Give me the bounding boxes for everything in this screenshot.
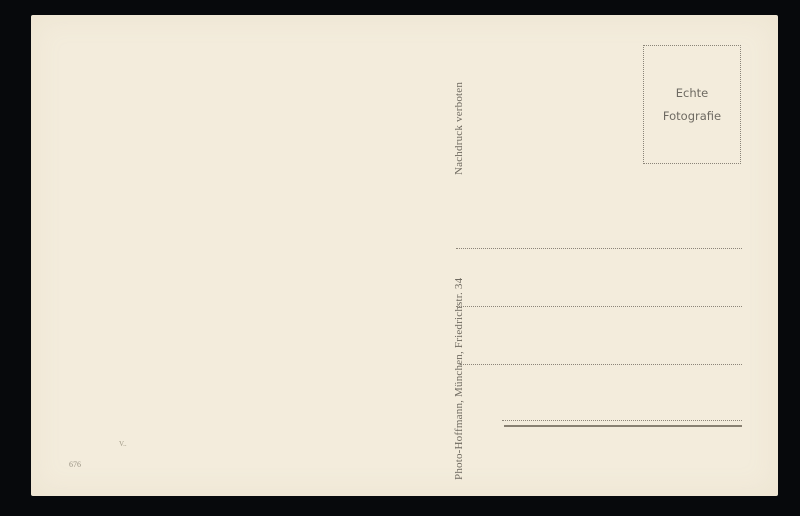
stamp-box-line2: Fotografie [663, 105, 721, 128]
address-line-3 [460, 364, 742, 365]
copyright-notice: Nachdruck verboten [453, 82, 465, 175]
address-line-4 [502, 420, 742, 421]
address-underline [504, 425, 742, 427]
address-line-1 [456, 248, 742, 249]
small-mark: V.. [119, 440, 127, 448]
stamp-box-line1: Echte [676, 82, 708, 105]
card-number: 676 [69, 460, 81, 469]
postcard-back: Nachdruck verboten Photo-Hoffmann, Münch… [31, 15, 778, 496]
stamp-box: Echte Fotografie [643, 45, 741, 164]
address-line-2 [456, 306, 742, 307]
publisher-imprint: Photo-Hoffmann, München, Friedrichstr. 3… [453, 278, 465, 480]
